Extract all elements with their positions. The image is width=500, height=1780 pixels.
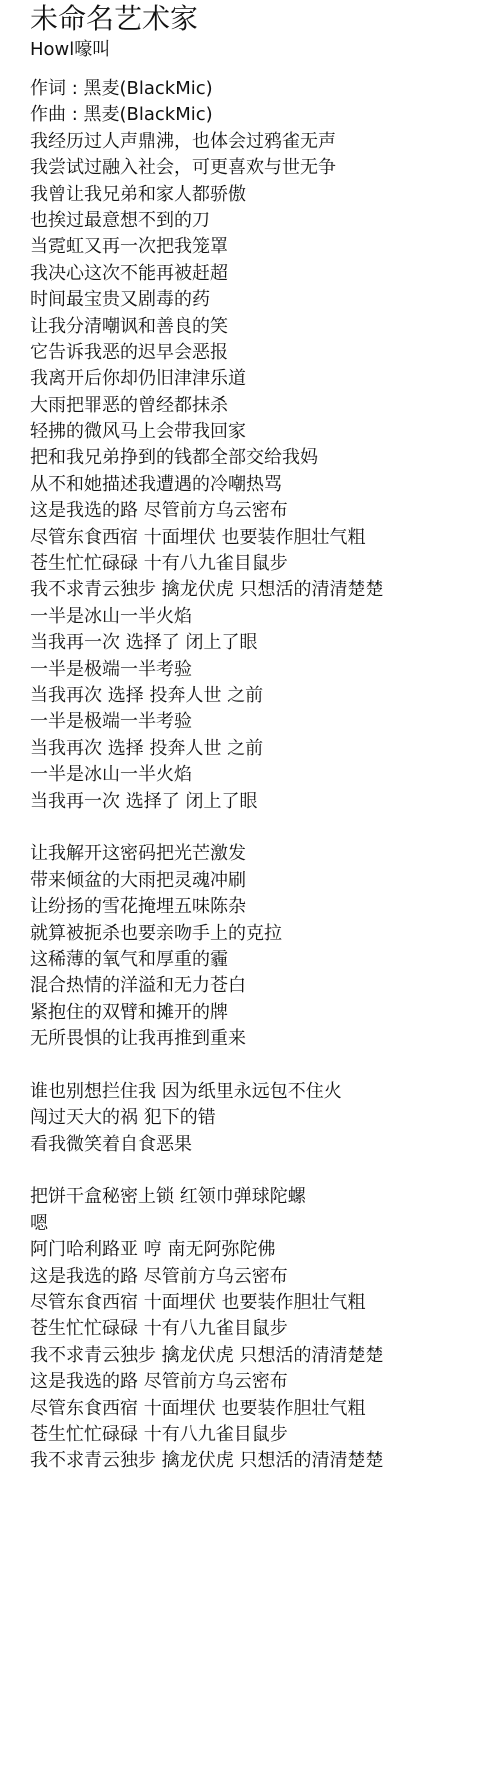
lyric-line: 当我再一次 选择了 闭上了眼	[30, 789, 500, 815]
lyric-line: 带来倾盆的大雨把灵魂冲刷	[30, 868, 500, 894]
lyric-line: 这稀薄的氧气和厚重的霾	[30, 947, 500, 973]
lyric-line: 一半是冰山一半火焰	[30, 604, 500, 630]
lyric-line: 苍生忙忙碌碌 十有八九雀目鼠步	[30, 551, 500, 577]
lyric-line: 让我解开这密码把光芒激发	[30, 841, 500, 867]
lyric-line: 我不求青云独步 擒龙伏虎 只想活的清清楚楚	[30, 577, 500, 603]
lyric-line: 我离开后你却仍旧津津乐道	[30, 366, 500, 392]
lyric-line: 作曲 : 黑麦(BlackMic)	[30, 102, 500, 128]
lyric-line: 它告诉我恶的迟早会恶报	[30, 340, 500, 366]
lyric-blank-line	[30, 1158, 500, 1184]
lyric-line: 把和我兄弟挣到的钱都全部交给我妈	[30, 445, 500, 471]
lyric-line: 无所畏惧的让我再推到重来	[30, 1026, 500, 1052]
lyric-line: 让纷扬的雪花掩埋五味陈杂	[30, 894, 500, 920]
song-title: 未命名艺术家	[30, 0, 500, 38]
lyric-line: 大雨把罪恶的曾经都抹杀	[30, 393, 500, 419]
lyric-line: 苍生忙忙碌碌 十有八九雀目鼠步	[30, 1316, 500, 1342]
lyric-blank-line	[30, 1052, 500, 1078]
lyric-line: 这是我选的路 尽管前方乌云密布	[30, 1264, 500, 1290]
lyric-line: 轻拂的微风马上会带我回家	[30, 419, 500, 445]
lyric-line: 一半是极端一半考验	[30, 709, 500, 735]
lyric-line: 这是我选的路 尽管前方乌云密布	[30, 1369, 500, 1395]
lyric-line: 就算被扼杀也要亲吻手上的克拉	[30, 921, 500, 947]
lyric-line: 我不求青云独步 擒龙伏虎 只想活的清清楚楚	[30, 1448, 500, 1474]
song-subtitle: Howl嚎叫	[30, 38, 500, 62]
lyric-line: 当我再一次 选择了 闭上了眼	[30, 630, 500, 656]
lyric-line: 我尝试过融入社会，可更喜欢与世无争	[30, 155, 500, 181]
lyric-line: 时间最宝贵又剧毒的药	[30, 287, 500, 313]
lyric-line: 混合热情的洋溢和无力苍白	[30, 973, 500, 999]
lyric-line: 谁也别想拦住我 因为纸里永远包不住火	[30, 1079, 500, 1105]
lyric-line: 一半是冰山一半火焰	[30, 762, 500, 788]
lyric-line: 从不和她描述我遭遇的冷嘲热骂	[30, 472, 500, 498]
lyric-line: 闯过天大的祸 犯下的错	[30, 1105, 500, 1131]
lyrics-list: 作词 : 黑麦(BlackMic)作曲 : 黑麦(BlackMic)我经历过人声…	[30, 76, 500, 1475]
lyric-line: 作词 : 黑麦(BlackMic)	[30, 76, 500, 102]
lyric-line: 尽管东食西宿 十面埋伏 也要装作胆壮气粗	[30, 1396, 500, 1422]
lyric-line: 我曾让我兄弟和家人都骄傲	[30, 182, 500, 208]
lyric-line: 当我再次 选择 投奔人世 之前	[30, 683, 500, 709]
lyric-line: 我决心这次不能再被赶超	[30, 261, 500, 287]
lyric-line: 一半是极端一半考验	[30, 657, 500, 683]
lyric-line: 阿门哈利路亚 哼 南无阿弥陀佛	[30, 1237, 500, 1263]
lyric-blank-line	[30, 815, 500, 841]
lyric-line: 紧抱住的双臂和摊开的牌	[30, 1000, 500, 1026]
lyric-line: 也挨过最意想不到的刀	[30, 208, 500, 234]
lyric-line: 我不求青云独步 擒龙伏虎 只想活的清清楚楚	[30, 1343, 500, 1369]
lyric-line: 看我微笑着自食恶果	[30, 1132, 500, 1158]
lyric-line: 尽管东食西宿 十面埋伏 也要装作胆壮气粗	[30, 1290, 500, 1316]
lyric-line: 当霓虹又再一次把我笼罩	[30, 234, 500, 260]
lyrics-page: 未命名艺术家 Howl嚎叫 作词 : 黑麦(BlackMic)作曲 : 黑麦(B…	[0, 0, 500, 1475]
lyric-line: 苍生忙忙碌碌 十有八九雀目鼠步	[30, 1422, 500, 1448]
lyric-line: 当我再次 选择 投奔人世 之前	[30, 736, 500, 762]
lyric-line: 嗯	[30, 1211, 500, 1237]
lyric-line: 让我分清嘲讽和善良的笑	[30, 314, 500, 340]
lyric-line: 我经历过人声鼎沸，也体会过鸦雀无声	[30, 129, 500, 155]
lyric-line: 这是我选的路 尽管前方乌云密布	[30, 498, 500, 524]
lyric-line: 尽管东食西宿 十面埋伏 也要装作胆壮气粗	[30, 525, 500, 551]
lyric-line: 把饼干盒秘密上锁 红领巾弹球陀螺	[30, 1184, 500, 1210]
